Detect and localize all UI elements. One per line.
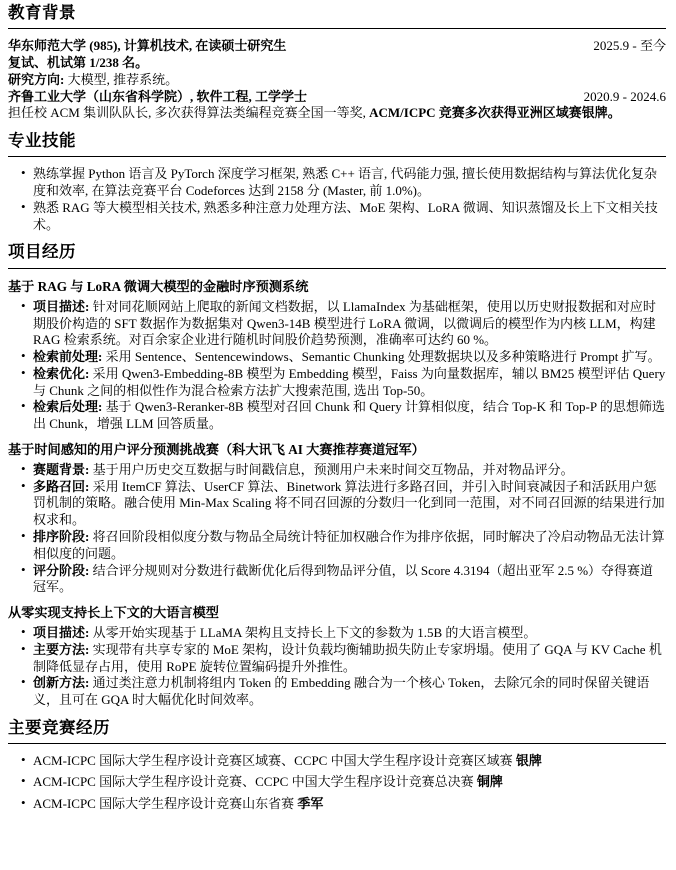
bullet-label: 赛题背景: [33, 462, 93, 477]
bullet-label: 评分阶段: [33, 563, 93, 578]
education-desc-bold: ACM/ICPC 竞赛多次获得亚洲区域赛银牌。 [369, 105, 621, 120]
section-heading-education: 教育背景 [8, 3, 666, 24]
competitions-body: ACM-ICPC 国际大学生程序设计竞赛区域赛、CCPC 中国大学生程序设计竞赛… [8, 753, 666, 812]
competition-award: 铜牌 [477, 774, 503, 789]
project-bullet: 检索优化: 采用 Qwen3-Embedding-8B 模型为 Embeddin… [8, 366, 666, 400]
bullet-text: 将召回阶段相似度分数与物品全局统计特征加权融合作为排序依据，同时解决了冷启动物品… [33, 529, 665, 561]
resume-page: 教育背景 华东师范大学 (985), 计算机技术, 在读硕士研究生 2025.9… [0, 0, 676, 870]
section-divider [8, 268, 666, 269]
bullet-label: 项目描述: [33, 299, 93, 314]
bullet-label: 多路召回: [33, 479, 93, 494]
education-date: 2025.9 - 至今 [593, 38, 666, 55]
bullet-label: 检索优化: [33, 366, 93, 381]
education-desc-line: 担任校 ACM 集训队队长, 多次获得算法类编程竞赛全国一等奖, ACM/ICP… [8, 105, 666, 122]
project-entry: 从零实现支持长上下文的大语言模型 项目描述: 从零开始实现基于 LLaMA 架构… [8, 604, 666, 709]
section-skills: 专业技能 熟练掌握 Python 语言及 PyTorch 深度学习框架, 熟悉 … [8, 131, 666, 233]
bullet-text: 基于用户历史交互数据与时间戳信息，预测用户未来时间交互物品，并对物品评分。 [93, 462, 574, 477]
education-title-row: 齐鲁工业大学（山东省科学院）, 软件工程, 工学学士 2020.9 - 2024… [8, 89, 666, 106]
project-bullet: 赛题背景: 基于用户历史交互数据与时间戳信息，预测用户未来时间交互物品，并对物品… [8, 462, 666, 479]
research-focus-text: 大模型, 推荐系统。 [68, 72, 179, 87]
bullet-text: 通过类注意力机制将组内 Token 的 Embedding 融合为一个核心 To… [33, 675, 649, 707]
competition-award: 银牌 [516, 753, 542, 768]
section-heading-projects: 项目经历 [8, 242, 666, 263]
bullet-text: 针对同花顺网站上爬取的新闻文档数据，以 LlamaIndex 为基础框架，使用以… [33, 299, 656, 348]
education-date: 2020.9 - 2024.6 [584, 89, 666, 106]
bullet-text: 从零开始实现基于 LLaMA 架构且支持长上下文的参数为 1.5B 的大语言模型… [93, 625, 537, 640]
projects-body: 基于 RAG 与 LoRA 微调大模型的金融时序预测系统 项目描述: 针对同花顺… [8, 278, 666, 709]
project-entry: 基于时间感知的用户评分预测挑战赛（科大讯飞 AI 大赛推荐赛道冠军） 赛题背景:… [8, 441, 666, 596]
section-heading-competitions: 主要竞赛经历 [8, 718, 666, 739]
competition-text: ACM-ICPC 国际大学生程序设计竞赛山东省赛 [33, 796, 297, 811]
education-title-row: 华东师范大学 (985), 计算机技术, 在读硕士研究生 2025.9 - 至今 [8, 38, 666, 55]
skill-item: 熟悉 RAG 等大模型相关技术, 熟悉多种注意力处理方法、MoE 架构、LoRA… [8, 200, 666, 234]
project-entry: 基于 RAG 与 LoRA 微调大模型的金融时序预测系统 项目描述: 针对同花顺… [8, 278, 666, 433]
bullet-text: 采用 Sentence、Sentencewindows、Semantic Chu… [106, 349, 661, 364]
section-projects: 项目经历 基于 RAG 与 LoRA 微调大模型的金融时序预测系统 项目描述: … [8, 242, 666, 708]
competition-text: ACM-ICPC 国际大学生程序设计竞赛区域赛、CCPC 中国大学生程序设计竞赛… [33, 753, 516, 768]
project-bullet: 排序阶段: 将召回阶段相似度分数与物品全局统计特征加权融合作为排序依据，同时解决… [8, 529, 666, 563]
school-name: 华东师范大学 (985), 计算机技术, 在读硕士研究生 [8, 38, 286, 55]
bullet-label: 检索前处理: [33, 349, 106, 364]
project-title: 从零实现支持长上下文的大语言模型 [8, 604, 666, 621]
bullet-label: 排序阶段: [33, 529, 93, 544]
competition-item: ACM-ICPC 国际大学生程序设计竞赛区域赛、CCPC 中国大学生程序设计竞赛… [8, 753, 666, 770]
bullet-text: 采用 Qwen3-Embedding-8B 模型为 Embedding 模型，F… [33, 366, 665, 398]
education-entry: 齐鲁工业大学（山东省科学院）, 软件工程, 工学学士 2020.9 - 2024… [8, 89, 666, 123]
bullet-text: 结合评分规则对分数进行截断优化后得到物品评分值，以 Score 4.3194（超… [33, 563, 653, 595]
section-divider [8, 743, 666, 744]
project-bullet: 检索前处理: 采用 Sentence、Sentencewindows、Seman… [8, 349, 666, 366]
bullet-text: 采用 ItemCF 算法、UserCF 算法、Binetwork 算法进行多路召… [33, 479, 665, 528]
education-rank-line: 复试、机试第 1/238 名。 [8, 55, 666, 72]
section-divider [8, 156, 666, 157]
competition-award: 季军 [297, 796, 323, 811]
project-bullet: 项目描述: 从零开始实现基于 LLaMA 架构且支持长上下文的参数为 1.5B … [8, 625, 666, 642]
education-entry: 华东师范大学 (985), 计算机技术, 在读硕士研究生 2025.9 - 至今… [8, 38, 666, 88]
project-bullet: 项目描述: 针对同花顺网站上爬取的新闻文档数据，以 LlamaIndex 为基础… [8, 299, 666, 349]
education-body: 华东师范大学 (985), 计算机技术, 在读硕士研究生 2025.9 - 至今… [8, 38, 666, 122]
section-heading-skills: 专业技能 [8, 131, 666, 152]
research-focus-label: 研究方向: [8, 72, 68, 87]
bullet-label: 项目描述: [33, 625, 93, 640]
skill-item: 熟练掌握 Python 语言及 PyTorch 深度学习框架, 熟悉 C++ 语… [8, 166, 666, 200]
bullet-label: 检索后处理: [33, 399, 106, 414]
bullet-label: 创新方法: [33, 675, 93, 690]
bullet-label: 主要方法: [33, 642, 93, 657]
section-competitions: 主要竞赛经历 ACM-ICPC 国际大学生程序设计竞赛区域赛、CCPC 中国大学… [8, 718, 666, 813]
project-bullet: 主要方法: 实现带有共享专家的 MoE 架构，设计负载均衡辅助损失防止专家坍塌。… [8, 642, 666, 676]
project-title: 基于 RAG 与 LoRA 微调大模型的金融时序预测系统 [8, 278, 666, 295]
research-focus-line: 研究方向: 大模型, 推荐系统。 [8, 72, 666, 89]
education-desc-regular: 担任校 ACM 集训队队长, 多次获得算法类编程竞赛全国一等奖, [8, 105, 369, 120]
project-bullet: 评分阶段: 结合评分规则对分数进行截断优化后得到物品评分值，以 Score 4.… [8, 563, 666, 597]
competition-item: ACM-ICPC 国际大学生程序设计竞赛、CCPC 中国大学生程序设计竞赛总决赛… [8, 774, 666, 791]
bullet-text: 基于 Qwen3-Reranker-8B 模型对召回 Chunk 和 Query… [33, 399, 665, 431]
competition-text: ACM-ICPC 国际大学生程序设计竞赛、CCPC 中国大学生程序设计竞赛总决赛 [33, 774, 477, 789]
school-name: 齐鲁工业大学（山东省科学院）, 软件工程, 工学学士 [8, 89, 307, 106]
bullet-text: 实现带有共享专家的 MoE 架构，设计负载均衡辅助损失防止专家坍塌。使用了 GQ… [33, 642, 662, 674]
project-title: 基于时间感知的用户评分预测挑战赛（科大讯飞 AI 大赛推荐赛道冠军） [8, 441, 666, 458]
section-education: 教育背景 华东师范大学 (985), 计算机技术, 在读硕士研究生 2025.9… [8, 3, 666, 122]
skills-body: 熟练掌握 Python 语言及 PyTorch 深度学习框架, 熟悉 C++ 语… [8, 166, 666, 233]
competition-item: ACM-ICPC 国际大学生程序设计竞赛山东省赛 季军 [8, 796, 666, 813]
project-bullet: 创新方法: 通过类注意力机制将组内 Token 的 Embedding 融合为一… [8, 675, 666, 709]
project-bullet: 多路召回: 采用 ItemCF 算法、UserCF 算法、Binetwork 算… [8, 479, 666, 529]
section-divider [8, 28, 666, 29]
project-bullet: 检索后处理: 基于 Qwen3-Reranker-8B 模型对召回 Chunk … [8, 399, 666, 433]
